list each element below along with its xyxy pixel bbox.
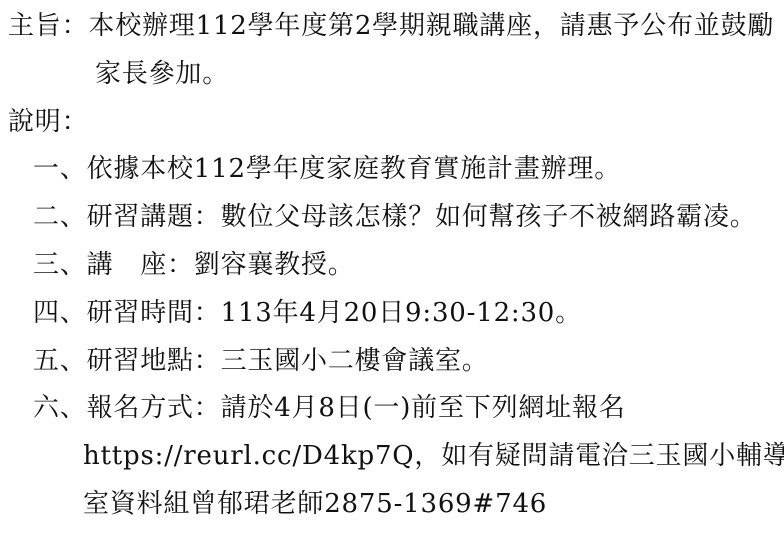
item-6-registration-line-2: https://reurl.cc/D4kp7Q，如有疑問請電洽三玉國小輔導: [0, 433, 784, 481]
document-page: 主旨：本校辦理112學年度第2學期親職講座，請惠予公布並鼓勵 家長參加。 說明：…: [0, 0, 784, 542]
item-6-registration-line-3: 室資料組曾郁珺老師2875-1369#746: [0, 481, 784, 529]
item-4-time: 四、研習時間：113年4月20日9:30-12:30。: [0, 290, 784, 338]
subject-line-2: 家長參加。: [0, 51, 784, 99]
item-1-basis: 一、依據本校112學年度家庭教育實施計畫辦理。: [0, 146, 784, 194]
item-2-topic: 二、研習講題：數位父母該怎樣？如何幫孩子不被網路霸凌。: [0, 194, 784, 242]
item-5-location: 五、研習地點：三玉國小二樓會議室。: [0, 338, 784, 386]
item-6-registration-line-1: 六、報名方式：請於4月8日(一)前至下列網址報名: [0, 385, 784, 433]
subject-line-1: 主旨：本校辦理112學年度第2學期親職講座，請惠予公布並鼓勵: [0, 3, 784, 51]
explanation-header: 說明：: [0, 99, 784, 147]
item-3-speaker: 三、講 座：劉容襄教授。: [0, 242, 784, 290]
